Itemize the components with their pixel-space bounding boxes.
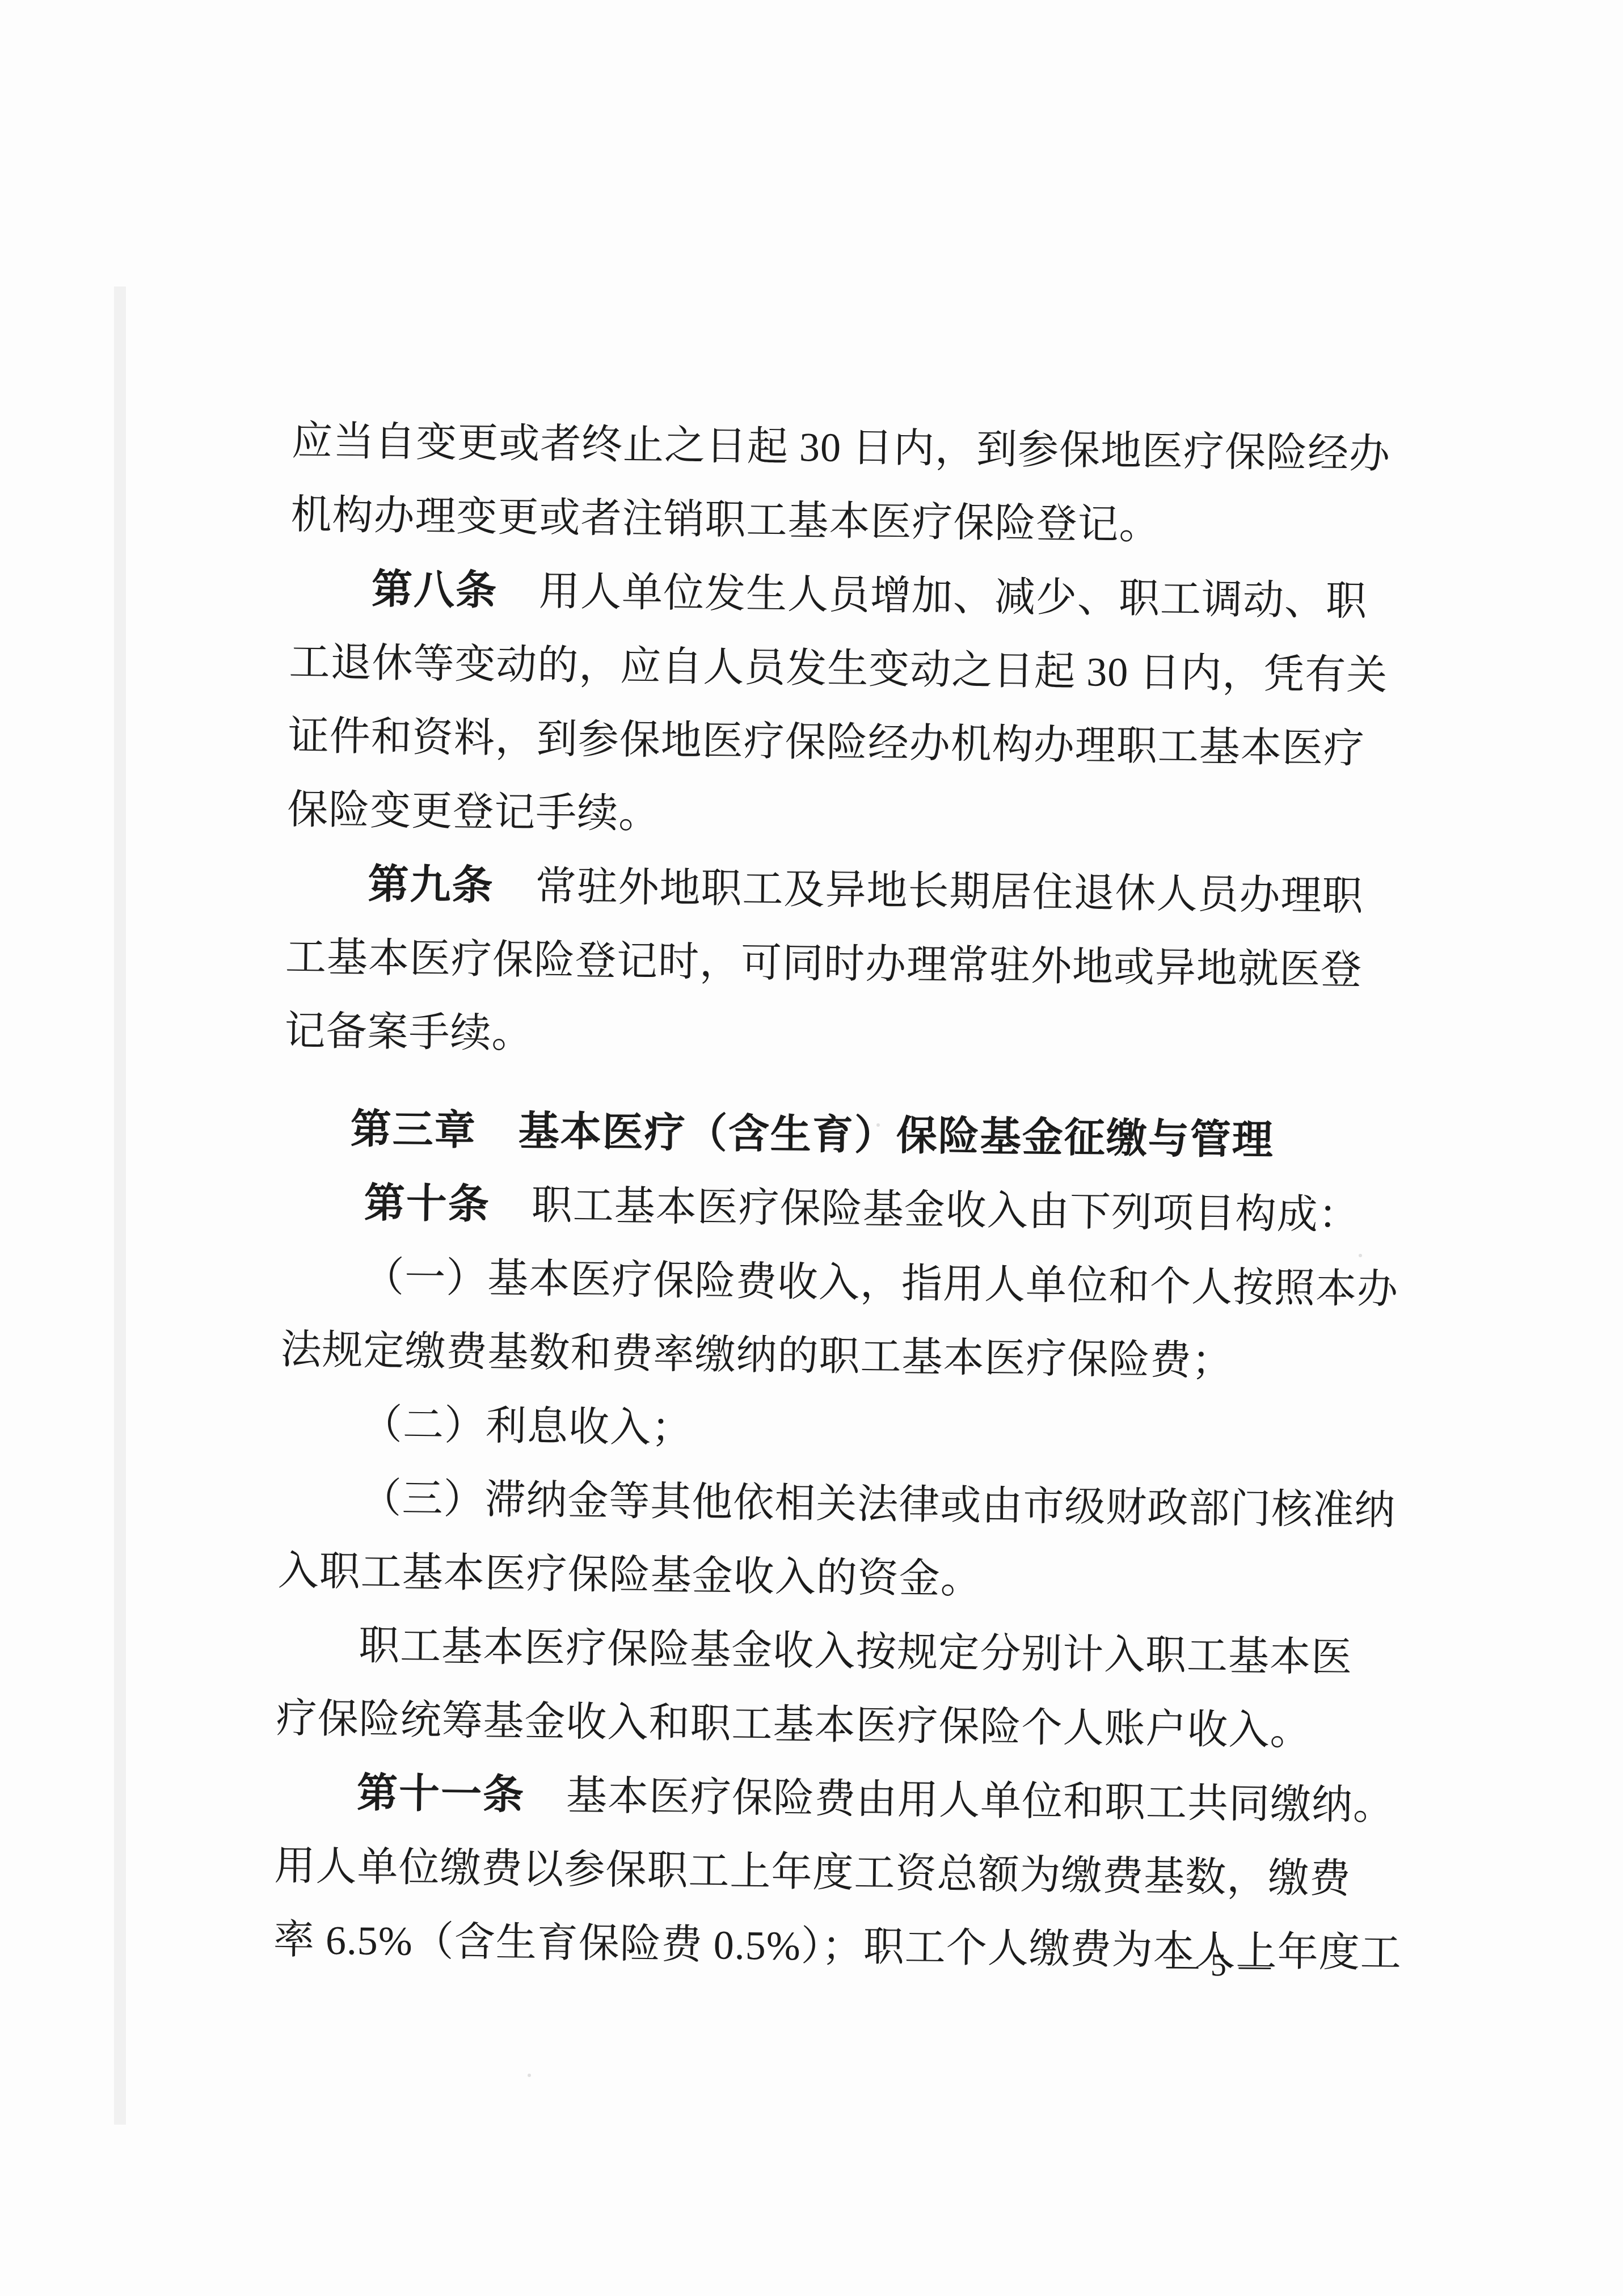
- document-line: （一）基本医疗保险费收入，指用人单位和个人按照本办: [281, 1239, 1339, 1326]
- line-text: 用人单位发生人员增加、减少、职工调动、职: [539, 568, 1368, 624]
- line-text: 应当自变更或者终止之日起 30 日内，到参保地医疗保险经办: [292, 418, 1391, 477]
- line-text: 工基本医疗保险登记时，可同时办理常驻外地或异地就医登: [285, 934, 1363, 993]
- scan-artifact-strip: [114, 287, 126, 2125]
- article-number-label: 第九条: [368, 862, 494, 909]
- line-text: （二）利息收入；: [361, 1402, 693, 1451]
- line-text: 入职工基本医疗保险基金收入的资金。: [277, 1548, 982, 1602]
- document-line: 工退休等变动的，应自人员发生变动之日起 30 日内，凭有关: [289, 625, 1347, 712]
- line-text: （一）基本医疗保险费收入，指用人单位和个人按照本办: [363, 1254, 1399, 1312]
- page-number: — 5 —: [1157, 1947, 1282, 1984]
- line-text: 基本医疗保险费由用人单位和职工共同缴纳。: [566, 1773, 1395, 1829]
- line-text: 用人单位缴费以参保职工上年度工资总额为缴费基数，缴费: [274, 1843, 1351, 1902]
- scan-speck: [528, 2074, 531, 2077]
- line-text: （三）滞纳金等其他依相关法律或由市级财政部门核准纳: [360, 1476, 1396, 1534]
- line-text: 法规定缴费基数和费率缴纳的职工基本医疗保险费；: [280, 1327, 1233, 1384]
- article-number-label: 第八条: [372, 567, 498, 614]
- document-text-block: 应当自变更或者终止之日起 30 日内，到参保地医疗保险经办机构办理变更或者注销职…: [273, 404, 1350, 1990]
- document-line: （三）滞纳金等其他依相关法律或由市级财政部门核准纳: [279, 1460, 1337, 1547]
- document-line: 证件和资料，到参保地医疗保险经办机构办理职工基本医疗: [288, 699, 1346, 786]
- article-number-label: 第十一条: [357, 1771, 525, 1818]
- document-line: 疗保险统筹基金收入和职工基本医疗保险个人账户收入。: [276, 1682, 1334, 1768]
- document-line: 保险变更登记手续。: [286, 773, 1345, 860]
- line-text: 机构办理变更或者注销职工基本医疗保险登记。: [290, 492, 1161, 548]
- document-line: 第十条 职工基本医疗保险基金收入由下列项目构成：: [282, 1165, 1340, 1252]
- chapter-heading: 第三章 基本医疗（含生育）保险基金征缴与管理: [283, 1092, 1342, 1178]
- article-number-label: 第三章: [350, 1106, 477, 1153]
- line-text: 常驻外地职工及异地长期居住退休人员办理职: [535, 863, 1364, 919]
- line-text: 保险变更登记手续。: [287, 787, 660, 837]
- line-text: 基本医疗（含生育）保险基金征缴与管理: [518, 1109, 1274, 1163]
- document-line: 应当自变更或者终止之日起 30 日内，到参保地医疗保险经办: [291, 404, 1350, 491]
- document-line: 机构办理变更或者注销职工基本医疗保险登记。: [290, 478, 1349, 564]
- scanned-document-page: 应当自变更或者终止之日起 30 日内，到参保地医疗保险经办机构办理变更或者注销职…: [0, 0, 1623, 2296]
- line-text: 工退休等变动的，应自人员发生变动之日起 30 日内，凭有关: [289, 639, 1388, 698]
- document-line: 第十一条 基本医疗保险费由用人单位和职工共同缴纳。: [275, 1755, 1333, 1842]
- line-text: 职工基本医疗保险基金收入由下列项目构成：: [531, 1182, 1360, 1238]
- line-text: 职工基本医疗保险基金收入按规定分别计入职工基本医: [359, 1623, 1353, 1680]
- line-text: 疗保险统筹基金收入和职工基本医疗保险个人账户收入。: [276, 1696, 1312, 1754]
- line-text: 证件和资料，到参保地医疗保险经办机构办理职工基本医疗: [288, 713, 1365, 772]
- document-line: 入职工基本医疗保险基金收入的资金。: [277, 1534, 1336, 1621]
- document-line: 职工基本医疗保险基金收入按规定分别计入职工基本医: [276, 1608, 1335, 1695]
- line-text: 记备案手续。: [284, 1008, 533, 1056]
- document-line: 工基本医疗保险登记时，可同时办理常驻外地或异地就医登: [285, 920, 1343, 1007]
- document-line: 记备案手续。: [284, 994, 1343, 1081]
- document-line: （二）利息收入；: [279, 1387, 1338, 1473]
- document-line: 第九条 常驻外地职工及异地长期居住退休人员办理职: [286, 846, 1344, 933]
- document-line: 用人单位缴费以参保职工上年度工资总额为缴费基数，缴费: [274, 1829, 1333, 1916]
- document-line: 第八条 用人单位发生人员增加、减少、职工调动、职: [289, 551, 1348, 638]
- document-line: 法规定缴费基数和费率缴纳的职工基本医疗保险费；: [280, 1313, 1339, 1400]
- article-number-label: 第十条: [364, 1181, 490, 1228]
